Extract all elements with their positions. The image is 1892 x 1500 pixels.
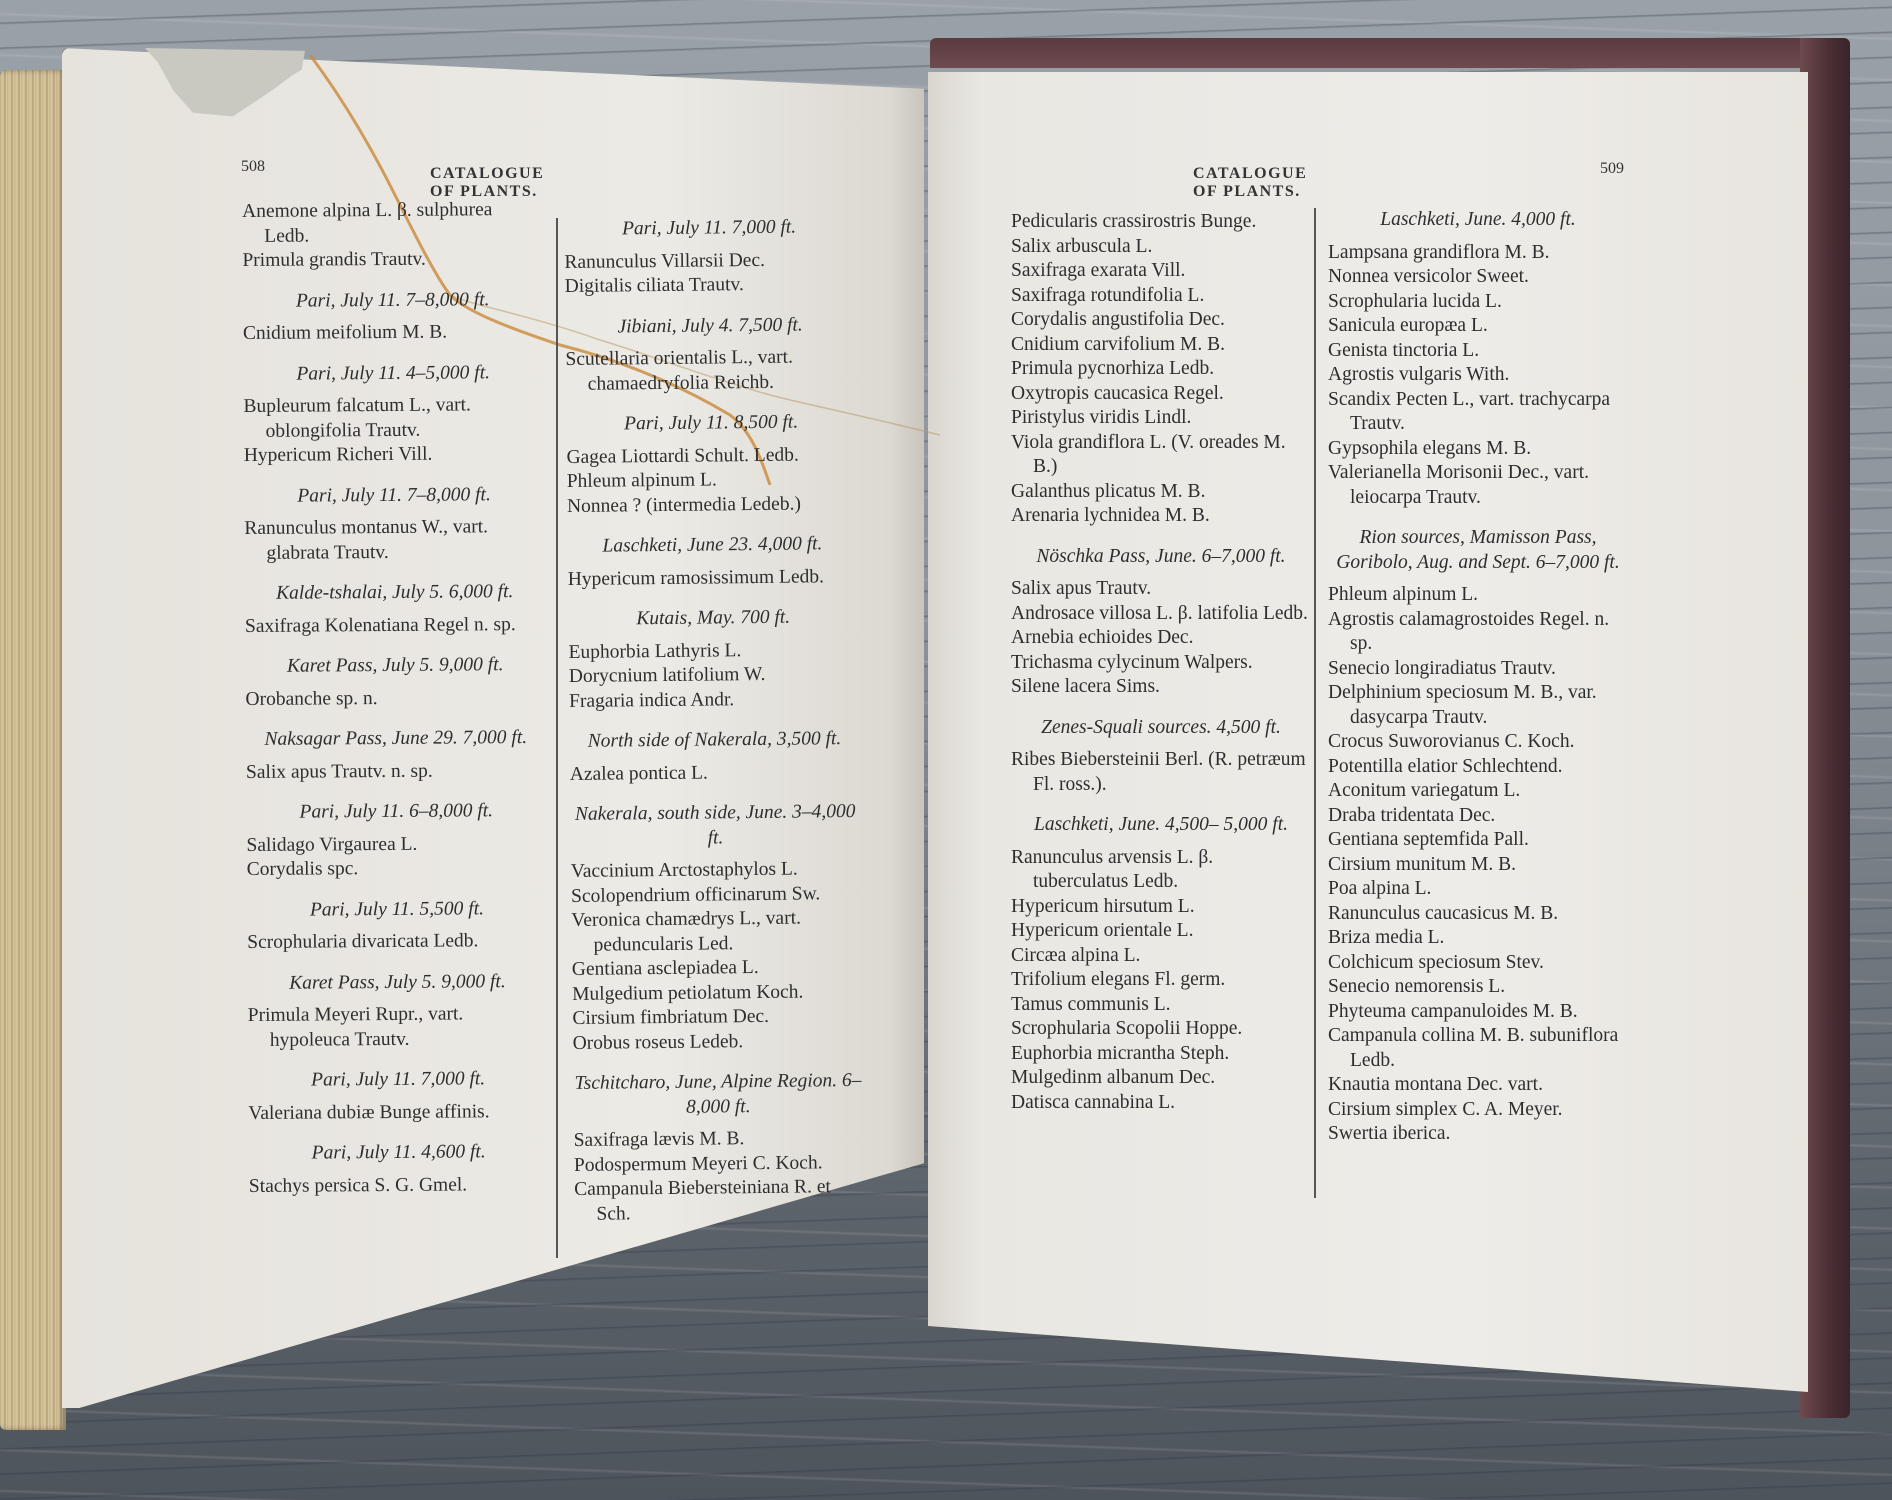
left-page-column-1: Anemone alpina L. β. sulphurea Ledb.Prim… — [242, 198, 549, 1199]
plant-entry: Salidago Virgaurea L. — [246, 831, 546, 858]
plant-entry: Draba tridentata Dec. — [1328, 804, 1628, 829]
plant-entry: Orobus roseus Ledeb. — [573, 1028, 863, 1056]
plant-entry: Aconitum variegatum L. — [1328, 779, 1628, 804]
plant-entry: Senecio nemorensis L. — [1328, 975, 1628, 1000]
plant-entry: Corydalis spc. — [247, 856, 547, 883]
locality-heading: Pari, July 11. 6–8,000 ft. — [246, 799, 546, 826]
locality-heading: Pari, July 11. 7,000 ft. — [248, 1067, 548, 1094]
plant-entry: Phyteuma campanuloides M. B. — [1328, 1000, 1628, 1025]
book-cover-top — [930, 38, 1830, 68]
plant-entry: Scrophularia lucida L. — [1328, 290, 1628, 315]
plant-entry: Oxytropis caucasica Regel. — [1011, 382, 1311, 407]
plant-entry: Swertia iberica. — [1328, 1122, 1628, 1147]
plant-entry: Scutellaria orientalis L., vart. chamaed… — [565, 345, 855, 397]
plant-entry: Arnebia echioides Dec. — [1011, 626, 1311, 651]
plant-entry: Viola grandiflora L. (V. oreades M. B.) — [1011, 431, 1311, 480]
plant-entry: Ranunculus Villarsii Dec. — [564, 247, 854, 275]
page-edges-left — [0, 70, 66, 1430]
locality-heading: Kutais, May. 700 ft. — [568, 605, 858, 633]
plant-entry: Saxifraga exarata Vill. — [1011, 259, 1311, 284]
plant-entry: Crocus Suworovianus C. Koch. — [1328, 730, 1628, 755]
plant-entry: Valeriana dubiæ Bunge affinis. — [248, 1099, 548, 1126]
plant-entry: Veronica chamædrys L., vart. pedunculari… — [571, 906, 861, 958]
plant-entry: Agrostis vulgaris With. — [1328, 363, 1628, 388]
plant-entry: Agrostis calamagrostoides Regel. n. sp. — [1328, 608, 1628, 657]
plant-entry: Potentilla elatior Schlechtend. — [1328, 755, 1628, 780]
plant-entry: Genista tinctoria L. — [1328, 339, 1628, 364]
plant-entry: Hypericum ramosissimum Ledb. — [568, 564, 858, 592]
plant-entry: Azalea pontica L. — [570, 759, 860, 787]
plant-entry: Androsace villosa L. β. latifolia Ledb. — [1011, 602, 1311, 627]
locality-heading: Pari, July 11. 4–5,000 ft. — [243, 360, 543, 387]
locality-heading: Jibiani, July 4. 7,500 ft. — [565, 312, 855, 340]
locality-heading: Laschketi, June. 4,000 ft. — [1328, 208, 1628, 233]
plant-entry: Cirsium fimbriatum Dec. — [572, 1004, 862, 1032]
plant-entry: Euphorbia micrantha Steph. — [1011, 1042, 1311, 1067]
locality-heading: Laschketi, June. 4,500– 5,000 ft. — [1011, 813, 1311, 838]
plant-entry: Cnidium carvifolium M. B. — [1011, 333, 1311, 358]
right-page-column-1: Pedicularis crassirostris Bunge.Salix ar… — [1011, 210, 1311, 1115]
plant-entry: Tamus communis L. — [1011, 993, 1311, 1018]
plant-entry: Silene lacera Sims. — [1011, 675, 1311, 700]
plant-entry: Datisca cannabina L. — [1011, 1091, 1311, 1116]
plant-entry: Nonnea versicolor Sweet. — [1328, 265, 1628, 290]
plant-entry: Gentiana asclepiadea L. — [572, 955, 862, 983]
plant-entry: Galanthus plicatus M. B. — [1011, 480, 1311, 505]
page-number-right: 509 — [1600, 160, 1624, 178]
plant-entry: Orobanche sp. n. — [245, 685, 545, 712]
plant-entry: Euphorbia Lathyris L. — [568, 637, 858, 665]
plant-entry: Poa alpina L. — [1328, 877, 1628, 902]
plant-entry: Hypericum orientale L. — [1011, 919, 1311, 944]
plant-entry: Circæa alpina L. — [1011, 944, 1311, 969]
locality-heading: Pari, July 11. 5,500 ft. — [247, 896, 547, 923]
plant-entry: Vaccinium Arctostaphylos L. — [571, 857, 861, 885]
plant-entry: Sanicula europæa L. — [1328, 314, 1628, 339]
plant-entry: Saxifraga lævis M. B. — [574, 1126, 864, 1154]
plant-entry: Scrophularia Scopolii Hoppe. — [1011, 1017, 1311, 1042]
plant-entry: Cnidium meifolium M. B. — [243, 320, 543, 347]
plant-entry: Campanula Biebersteiniana R. et Sch. — [574, 1175, 864, 1227]
locality-heading: Karet Pass, July 5. 9,000 ft. — [245, 653, 545, 680]
locality-heading: Zenes-Squali sources. 4,500 ft. — [1011, 716, 1311, 741]
plant-entry: Knautia montana Dec. vart. — [1328, 1073, 1628, 1098]
locality-heading: Pari, July 11. 8,500 ft. — [566, 410, 856, 438]
locality-heading: Nakerala, south side, June. 3–4,000 ft. — [570, 800, 860, 852]
plant-entry: Phleum alpinum L. — [1328, 583, 1628, 608]
locality-heading: Karet Pass, July 5. 9,000 ft. — [247, 969, 547, 996]
locality-heading: Pari, July 11. 7–8,000 ft. — [244, 482, 544, 509]
locality-heading: Pari, July 11. 7–8,000 ft. — [243, 287, 543, 314]
plant-entry: Lampsana grandiflora M. B. — [1328, 241, 1628, 266]
plant-entry: Gentiana septemfida Pall. — [1328, 828, 1628, 853]
plant-entry: Piristylus viridis Lindl. — [1011, 406, 1311, 431]
plant-entry: Bupleurum falcatum L., vart. oblongifoli… — [243, 393, 543, 444]
plant-entry: Corydalis angustifolia Dec. — [1011, 308, 1311, 333]
plant-entry: Scrophularia divaricata Ledb. — [247, 929, 547, 956]
plant-entry: Trifolium elegans Fl. germ. — [1011, 968, 1311, 993]
plant-entry: Scandix Pecten L., vart. trachycarpa Tra… — [1328, 388, 1628, 437]
plant-entry: Digitalis ciliata Trautv. — [565, 272, 855, 300]
plant-entry: Primula grandis Trautv. — [242, 247, 542, 274]
locality-heading: Kalde-tshalai, July 5. 6,000 ft. — [245, 580, 545, 607]
plant-entry: Stachys persica S. G. Gmel. — [249, 1172, 549, 1199]
plant-entry: Ranunculus montanus W., vart. glabrata T… — [244, 515, 544, 566]
plant-entry: Ranunculus arvensis L. β. tuberculatus L… — [1011, 846, 1311, 895]
locality-heading: Nöschka Pass, June. 6–7,000 ft. — [1011, 545, 1311, 570]
plant-entry: Fragaria indica Andr. — [569, 686, 859, 714]
plant-entry: Hypericum Richeri Vill. — [244, 442, 544, 469]
left-page-column-2: Pari, July 11. 7,000 ft.Ranunculus Villa… — [564, 215, 865, 1227]
plant-entry: Saxifraga Kolenatiana Regel n. sp. — [245, 612, 545, 639]
plant-entry: Colchicum speciosum Stev. — [1328, 951, 1628, 976]
locality-heading: Laschketi, June 23. 4,000 ft. — [567, 532, 857, 560]
plant-entry: Salix apus Trautv. — [1011, 577, 1311, 602]
plant-entry: Nonnea ? (intermedia Ledeb.) — [567, 491, 857, 519]
plant-entry: Podospermum Meyeri C. Koch. — [574, 1150, 864, 1178]
plant-entry: Trichasma cylycinum Walpers. — [1011, 651, 1311, 676]
plant-entry: Salix apus Trautv. n. sp. — [246, 758, 546, 785]
plant-entry: Senecio longiradiatus Trautv. — [1328, 657, 1628, 682]
locality-heading: Tschitcharo, June, Alpine Region. 6–8,00… — [573, 1069, 863, 1121]
plant-entry: Valerianella Morisonii Dec., vart. leioc… — [1328, 461, 1628, 510]
locality-heading: Rion sources, Mamisson Pass, Goribolo, A… — [1328, 526, 1628, 575]
plant-entry: Arenaria lychnidea M. B. — [1011, 504, 1311, 529]
plant-entry: Primula pycnorhiza Ledb. — [1011, 357, 1311, 382]
column-rule-right — [1314, 208, 1316, 1198]
plant-entry: Primula Meyeri Rupr., vart. hypoleuca Tr… — [248, 1002, 548, 1053]
plant-entry: Cirsium munitum M. B. — [1328, 853, 1628, 878]
running-head-left: CATALOGUE OF PLANTS. — [430, 165, 544, 201]
plant-entry: Phleum alpinum L. — [567, 467, 857, 495]
plant-entry: Mulgedium petiolatum Koch. — [572, 979, 862, 1007]
plant-entry: Gagea Liottardi Schult. Ledb. — [566, 442, 856, 470]
plant-entry: Salix arbuscula L. — [1011, 235, 1311, 260]
plant-entry: Gypsophila elegans M. B. — [1328, 437, 1628, 462]
plant-entry: Dorycnium latifolium W. — [569, 662, 859, 690]
plant-entry: Mulgedinm albanum Dec. — [1011, 1066, 1311, 1091]
plant-entry: Hypericum hirsutum L. — [1011, 895, 1311, 920]
right-page-column-2: Laschketi, June. 4,000 ft.Lampsana grand… — [1328, 208, 1628, 1147]
column-rule-left — [556, 218, 558, 1258]
plant-entry: Pedicularis crassirostris Bunge. — [1011, 210, 1311, 235]
plant-entry: Scolopendrium officinarum Sw. — [571, 881, 861, 909]
locality-heading: Naksagar Pass, June 29. 7,000 ft. — [246, 726, 546, 753]
plant-entry: Cirsium simplex C. A. Meyer. — [1328, 1098, 1628, 1123]
locality-heading: Pari, July 11. 4,600 ft. — [249, 1140, 549, 1167]
plant-entry: Ranunculus caucasicus M. B. — [1328, 902, 1628, 927]
plant-entry: Campanula collina M. B. subuniflora Ledb… — [1328, 1024, 1628, 1073]
page-number-left: 508 — [241, 158, 265, 176]
running-head-right: CATALOGUE OF PLANTS. — [1193, 165, 1307, 201]
plant-entry: Anemone alpina L. β. sulphurea Ledb. — [242, 198, 542, 249]
plant-entry: Briza media L. — [1328, 926, 1628, 951]
plant-entry: Delphinium speciosum M. B., var. dasycar… — [1328, 681, 1628, 730]
locality-heading: North side of Nakerala, 3,500 ft. — [569, 727, 859, 755]
locality-heading: Pari, July 11. 7,000 ft. — [564, 215, 854, 243]
plant-entry: Ribes Biebersteinii Berl. (R. petræum Fl… — [1011, 748, 1311, 797]
plant-entry: Saxifraga rotundifolia L. — [1011, 284, 1311, 309]
